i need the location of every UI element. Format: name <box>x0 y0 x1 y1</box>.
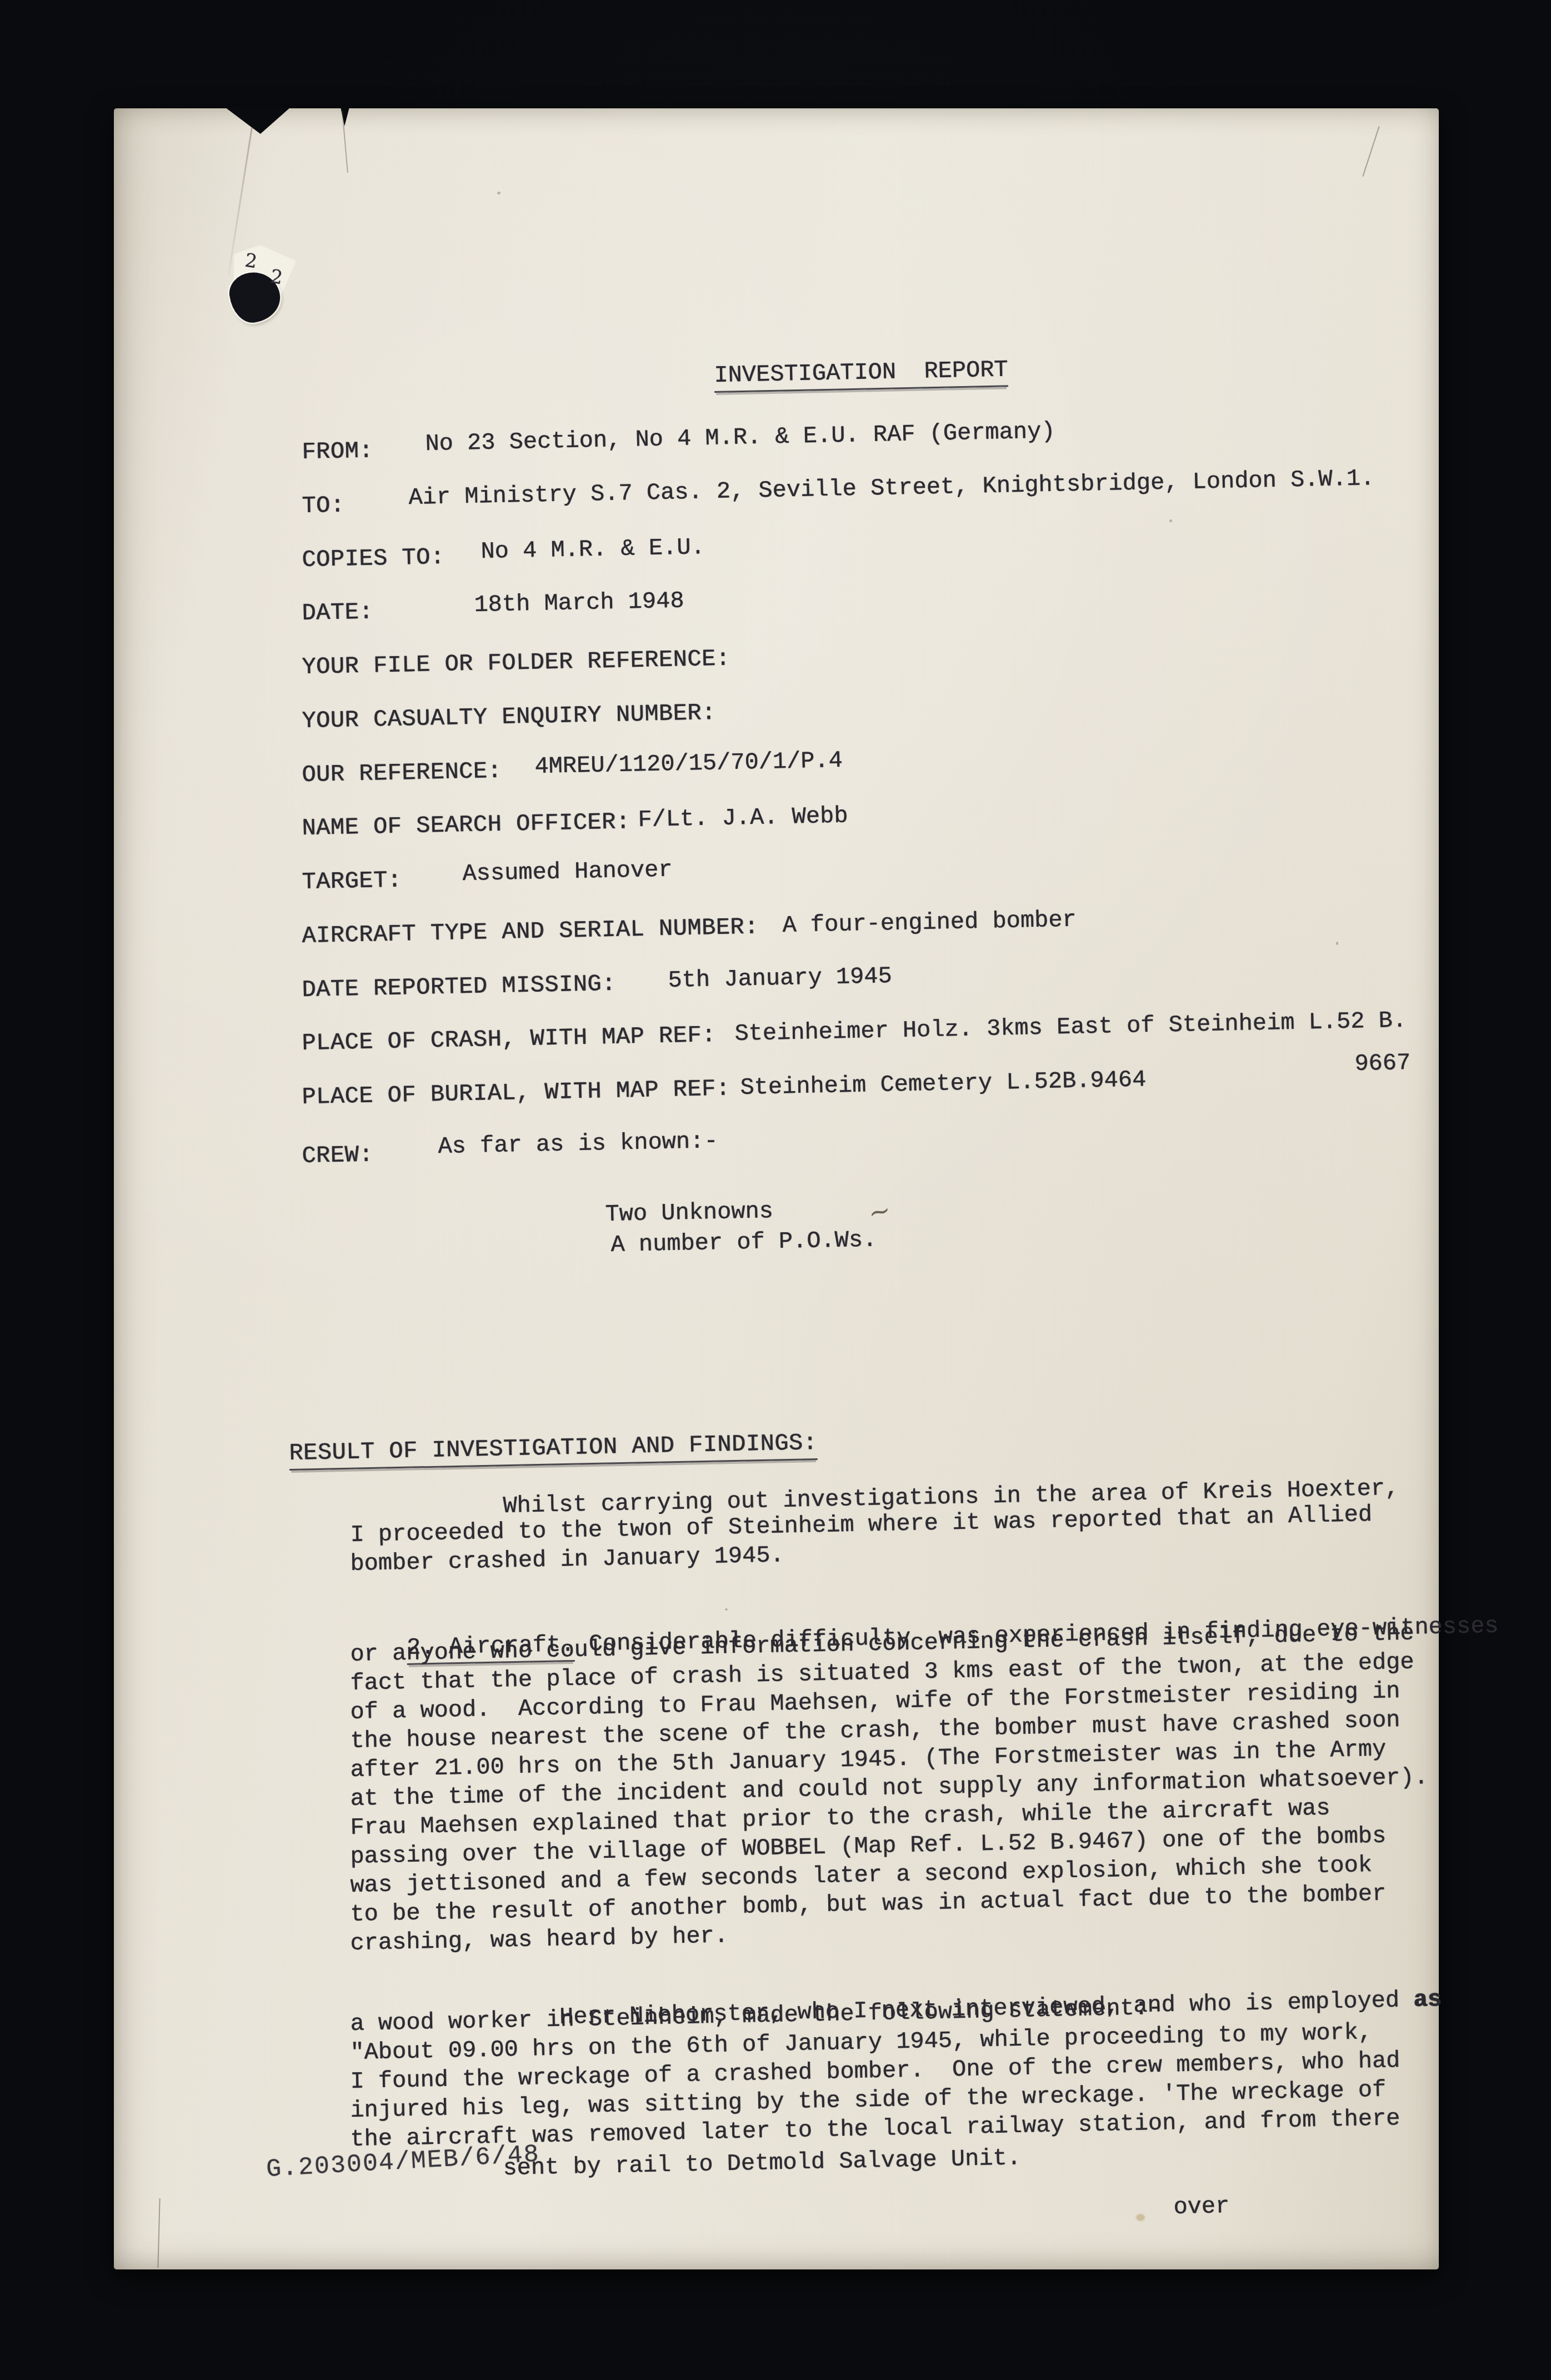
paragraph-line: sent by rail to Detmold Salvage Unit. <box>503 2146 1021 2180</box>
field-label-date-missing: DATE REPORTED MISSING: <box>302 972 616 1002</box>
field-label-to: TO: <box>302 493 345 518</box>
field-value-date-missing: 5th January 1945 <box>668 964 892 992</box>
paragraph-line: crashing, was heard by her. <box>350 1924 728 1955</box>
field-label-our-reference: OUR REFERENCE: <box>302 759 502 787</box>
crew-line: Two Unknowns <box>605 1199 773 1226</box>
page-turn-note: over <box>1173 2194 1230 2219</box>
field-value-crew: As far as is known:- <box>438 1129 718 1158</box>
field-label-from: FROM: <box>302 439 373 464</box>
field-value-place-of-crash: Steinheimer Holz. 3kms East of Steinheim… <box>734 1009 1407 1046</box>
dust-speck <box>1336 942 1338 945</box>
field-value-search-officer: F/Lt. J.A. Webb <box>638 804 848 832</box>
dust-speck <box>497 192 501 194</box>
field-label-aircraft-type: AIRCRAFT TYPE AND SERIAL NUMBER: <box>302 915 759 947</box>
dust-speck <box>1169 519 1172 522</box>
field-value-date: 18th March 1948 <box>474 589 684 617</box>
field-value-target: Assumed Hanover <box>462 858 673 886</box>
field-value-copies-to: No 4 M.R. & E.U. <box>481 536 705 563</box>
paper-stain <box>1136 2214 1145 2221</box>
section-heading-result: RESULT OF INVESTIGATION AND FINDINGS: <box>289 1431 818 1471</box>
field-value-place-of-crash-cont: 9667 <box>1354 1051 1411 1076</box>
field-value-our-reference: 4MREU/1120/15/70/1/P.4 <box>534 749 843 778</box>
overtyped-word: as <box>1413 1986 1442 2013</box>
field-label-target: TARGET: <box>302 868 402 894</box>
field-label-crew: CREW: <box>302 1143 373 1168</box>
field-label-date: DATE: <box>302 600 373 625</box>
crew-line: A number of P.O.Ws. <box>611 1228 877 1257</box>
document-page: 2 2 ~ INVESTIGATION REPORT FROM: No 23 S… <box>114 108 1439 2269</box>
paragraph-line: bomber crashed in January 1945. <box>350 1543 784 1576</box>
field-label-search-officer: NAME OF SEARCH OFFICER: <box>302 810 631 840</box>
field-value-to: Air Ministry S.7 Cas. 2, Seville Street,… <box>408 467 1375 509</box>
form-reference-stamp: G.203004/MEB/6/48 <box>266 2142 541 2182</box>
field-label-casualty-enquiry-number: YOUR CASUALTY ENQUIRY NUMBER: <box>302 701 716 733</box>
report-title: INVESTIGATION REPORT <box>714 358 1008 393</box>
pen-squiggle: ~ <box>865 1194 894 1229</box>
field-label-place-of-burial: PLACE OF BURIAL, WITH MAP REF: <box>302 1077 731 1109</box>
field-label-your-file-reference: YOUR FILE OR FOLDER REFERENCE: <box>302 647 731 679</box>
field-label-place-of-crash: PLACE OF CRASH, WITH MAP REF: <box>302 1023 716 1055</box>
paper-tear <box>225 107 291 134</box>
field-value-from: No 23 Section, No 4 M.R. & E.U. RAF (Ger… <box>425 419 1055 456</box>
field-value-aircraft-type: A four-engined bomber <box>782 908 1077 937</box>
field-value-place-of-burial: Steinheim Cemetery L.52B.9464 <box>740 1068 1147 1099</box>
paper-crease <box>1362 126 1379 177</box>
field-label-copies-to: COPIES TO: <box>302 546 445 572</box>
paper-crease <box>157 2198 160 2268</box>
